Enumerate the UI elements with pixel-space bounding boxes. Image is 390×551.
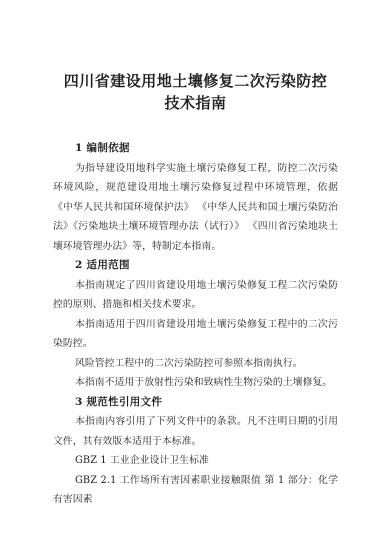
section-3-heading: 3 规范性引用文件: [53, 393, 338, 413]
section-2-heading: 2 适用范围: [53, 256, 338, 276]
section-2-paragraph-1: 本指南规定了四川省建设用地土壤污染修复工程二次污染防控的原则、措施和相关技术要求…: [53, 276, 338, 315]
section-3-reference-gbz2-1: GBZ 2.1 工作场所有害因素职业接触限值 第 1 部分：化学有害因素: [53, 471, 338, 510]
document-title: 四川省建设用地土壤修复二次污染防控 技术指南: [53, 70, 338, 114]
section-3-reference-gbz1: GBZ 1 工业企业设计卫生标准: [53, 451, 338, 471]
title-line-2: 技术指南: [53, 92, 338, 114]
section-compilation-basis: 1 编制依据 为指导建设用地科学实施土壤污染修复工程，防控二次污染环境风险，规范…: [53, 139, 338, 256]
title-line-1: 四川省建设用地土壤修复二次污染防控: [53, 70, 338, 92]
document-page: 四川省建设用地土壤修复二次污染防控 技术指南 1 编制依据 为指导建设用地科学实…: [0, 0, 390, 551]
section-1-heading: 1 编制依据: [53, 139, 338, 159]
section-normative-references: 3 规范性引用文件 本指南内容引用了下列文件中的条款。凡不注明日期的引用文件，其…: [53, 393, 338, 510]
section-scope: 2 适用范围 本指南规定了四川省建设用地土壤污染修复工程二次污染防控的原则、措施…: [53, 256, 338, 393]
section-3-paragraph-1: 本指南内容引用了下列文件中的条款。凡不注明日期的引用文件，其有效版本适用于本标准…: [53, 412, 338, 451]
section-1-paragraph-1: 为指导建设用地科学实施土壤污染修复工程，防控二次污染环境风险，规范建设用地土壤污…: [53, 159, 338, 257]
section-2-paragraph-2: 本指南适用于四川省建设用地土壤污染修复工程中的二次污染防控。: [53, 315, 338, 354]
section-2-paragraph-4: 本指南不适用于放射性污染和致病性生物污染的土壤修复。: [53, 373, 338, 393]
section-2-paragraph-3: 风险管控工程中的二次污染防控可参照本指南执行。: [53, 354, 338, 374]
